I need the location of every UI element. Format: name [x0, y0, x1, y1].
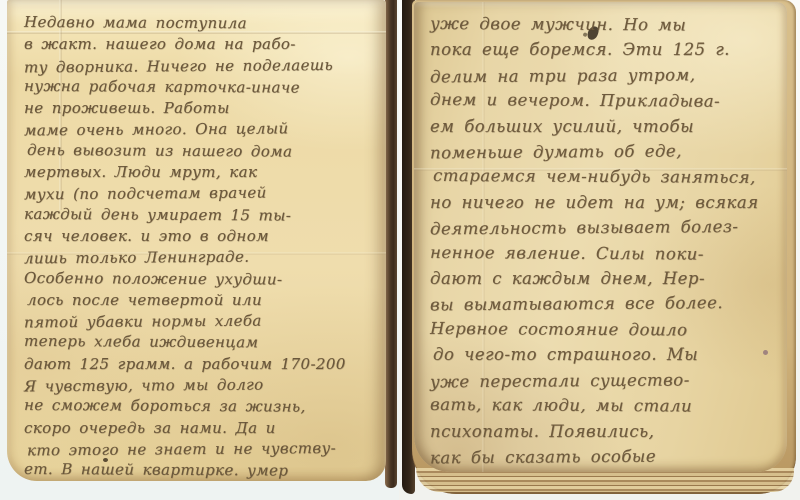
- handwritten-line: Нервное состояние дошло: [430, 316, 787, 344]
- diary-notebook-scan: Недавно мама поступила в жакт. нашего до…: [0, 0, 800, 500]
- handwritten-line: теперь хлеба иждивенцам: [24, 331, 386, 355]
- handwritten-line: кто этого не знает и не чувству-: [27, 438, 386, 462]
- handwritten-line: ту дворника. Ничего не поделаешь: [24, 54, 386, 78]
- handwritten-line: нужна рабочая карточка-иначе: [24, 76, 386, 100]
- handwritten-line: уже двое мужчин. Но мы: [430, 11, 787, 39]
- handwritten-line: психопаты. Появились,: [430, 419, 787, 444]
- handwritten-line: но ничего не идет на ум; всякая: [430, 190, 787, 215]
- handwritten-line: Я чувствую, что мы долго: [24, 374, 386, 398]
- handwritten-line: в жакт. нашего дома на рабо-: [24, 34, 386, 55]
- right-photo: уже двое мужчин. Но мы пока еще боремся.…: [399, 0, 800, 500]
- handwritten-line: не проживешь. Работы: [24, 98, 386, 119]
- handwritten-line: пока еще боремся. Эти 125 г.: [430, 37, 787, 62]
- handwritten-line: мухи (по подсчетам врачей: [24, 182, 386, 206]
- handwritten-line: делим на три раза утром,: [430, 61, 787, 89]
- handwritten-line: не сможем бороться за жизнь,: [24, 395, 386, 419]
- handwritten-line: сяч человек. и это в одном: [24, 226, 386, 247]
- handwritten-line: днем и вечером. Прикладыва-: [430, 87, 787, 115]
- handwritten-line: ет. В нашей квартирке. умер: [24, 459, 386, 481]
- handwritten-line: до чего-то страшного. Мы: [433, 342, 787, 367]
- handwritten-line: лишь только Ленинграде.: [24, 246, 386, 270]
- handwritten-line: вы выматываются все более.: [430, 290, 787, 318]
- handwritten-line: день вывозит из нашего дома: [27, 140, 386, 163]
- left-photo: Недавно мама поступила в жакт. нашего до…: [0, 0, 399, 500]
- handwritten-line: каждый день умирает 15 ты-: [24, 204, 386, 228]
- handwritten-line: стараемся чем-нибудь заняться,: [433, 163, 787, 191]
- handwritten-line: ненное явление. Силы поки-: [430, 240, 787, 268]
- handwritten-line: Недавно мама поступила: [24, 12, 386, 36]
- handwritten-line: маме очень много. Она целый: [24, 118, 386, 142]
- right-page: уже двое мужчин. Но мы пока еще боремся.…: [414, 2, 787, 472]
- handwritten-line: скоро очередь за нами. Да и: [24, 418, 386, 439]
- handwritten-line: поменьше думать об еде,: [430, 138, 787, 166]
- handwritten-line: деятельность вызывает болез-: [430, 214, 787, 242]
- left-page-text: Недавно мама поступила в жакт. нашего до…: [24, 13, 386, 481]
- handwritten-line: мертвых. Люди мрут, как: [24, 162, 386, 183]
- handwritten-line: вать, как люди, мы стали: [430, 392, 787, 420]
- handwritten-line: ем больших усилий, чтобы: [430, 114, 787, 139]
- handwritten-line: дают 125 грамм. а рабочим 170-200: [24, 354, 386, 375]
- spine-shadow-left: [385, 0, 397, 488]
- handwritten-line: лось после четвертой или: [27, 290, 386, 311]
- handwritten-line: уже перестали существо-: [430, 366, 787, 394]
- handwritten-line: Особенно положение ухудши-: [24, 267, 386, 291]
- handwritten-line: как бы сказать особые: [430, 443, 787, 471]
- handwritten-line: дают с каждым днем, Нер-: [430, 266, 787, 291]
- right-page-text: уже двое мужчин. Но мы пока еще боремся.…: [430, 12, 787, 469]
- left-page: Недавно мама поступила в жакт. нашего до…: [7, 0, 386, 481]
